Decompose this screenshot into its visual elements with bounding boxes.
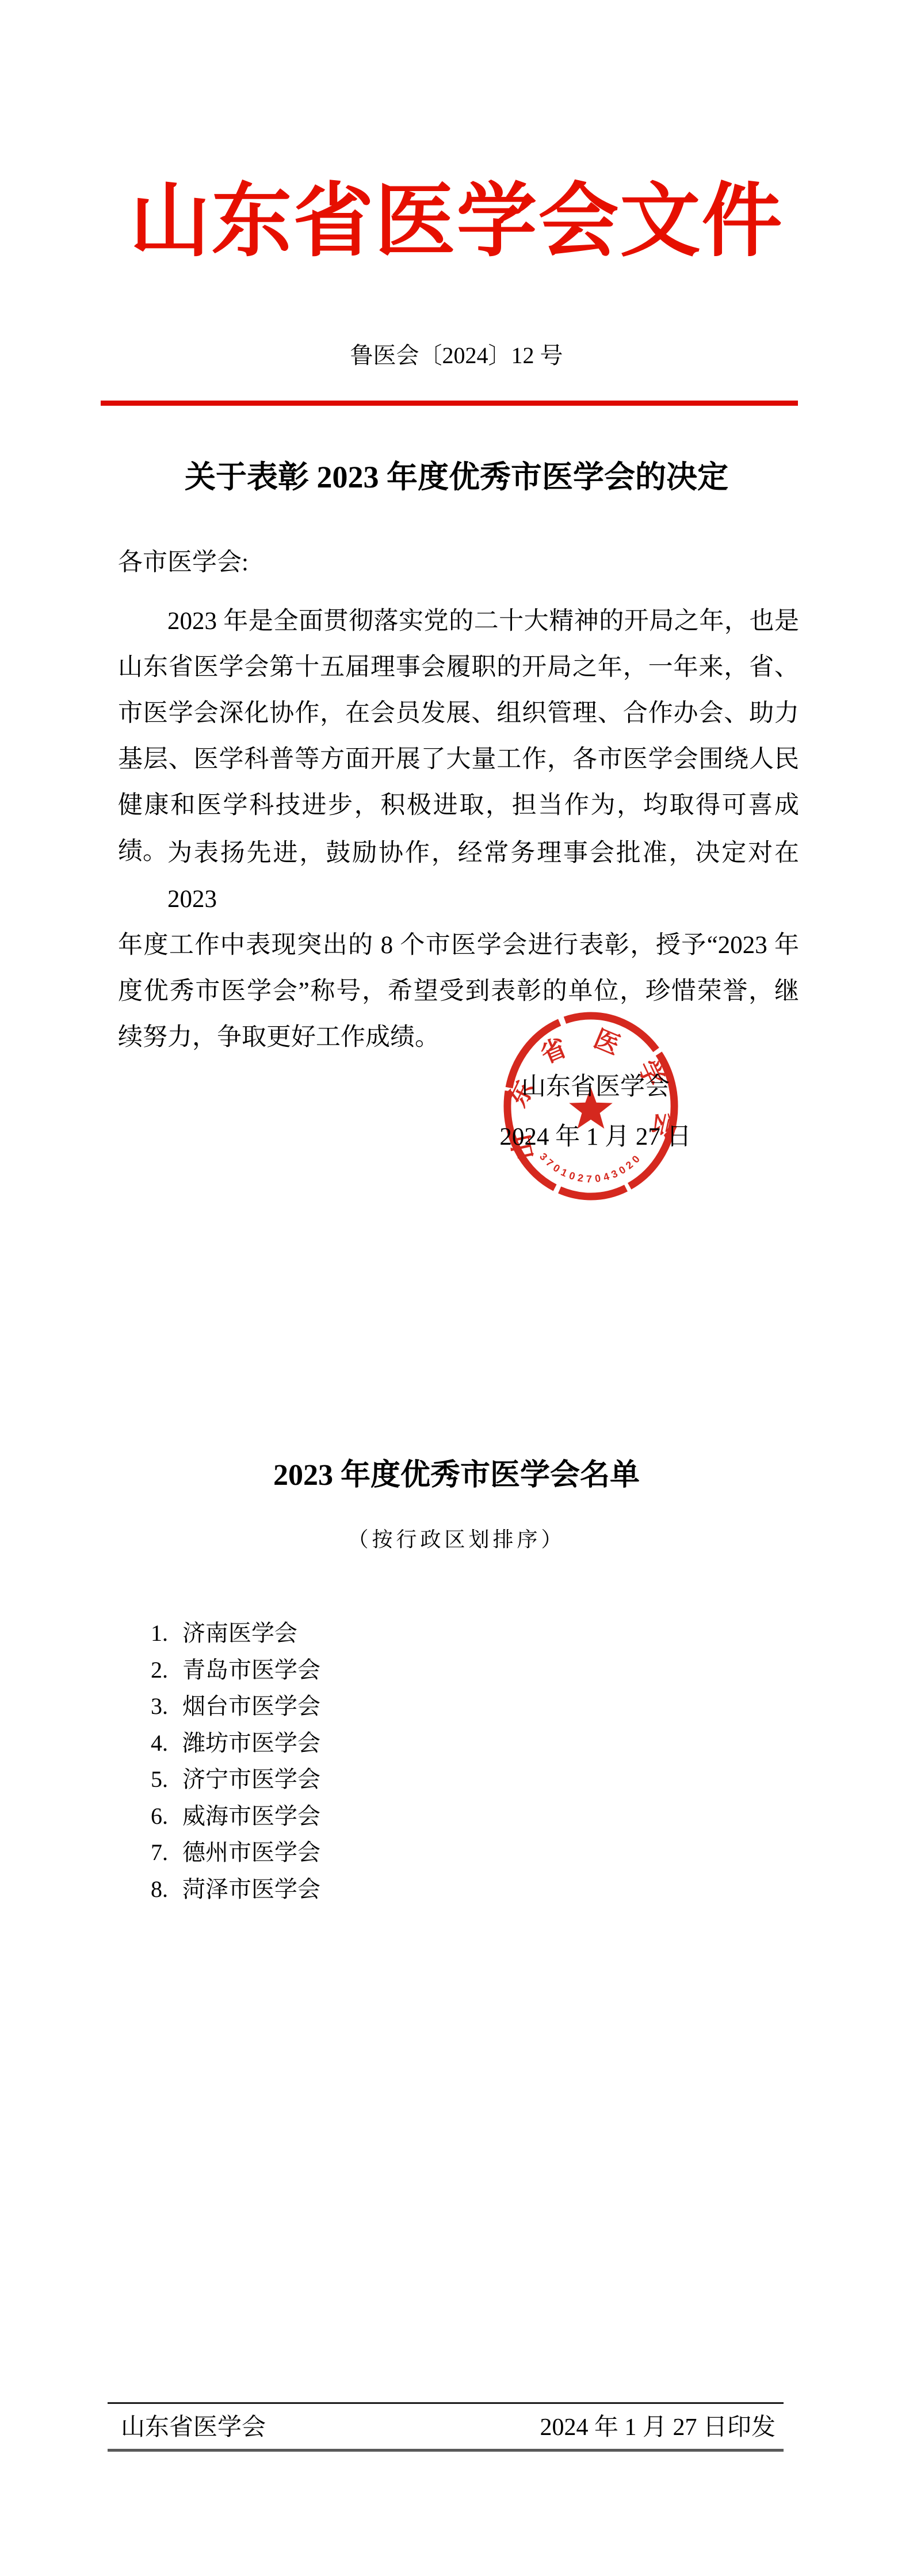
paragraph-2: 为表扬先进，鼓励协作，经常务理事会批准，决定对在 2023 年度工作中表现突出的… (118, 830, 799, 1061)
list-item-name: 威海市医学会 (182, 1803, 320, 1829)
roster-title: 2023 年度优秀市医学会名单 (0, 1457, 913, 1494)
roster-list: 1.济南医学会 2.青岛市医学会 3.烟台市医学会 4.潍坊市医学会 5.济宁市… (151, 1615, 668, 1907)
list-item-number: 8. (151, 1871, 182, 1908)
paragraph-2-line: 续努力，争取更好工作成绩。 (118, 1015, 799, 1061)
document-number: 鲁医会〔2024〕12 号 (0, 342, 913, 369)
list-item: 7.德州市医学会 (151, 1834, 668, 1871)
seal-code-text: 3701027043020 (537, 1150, 644, 1184)
list-item: 6.威海市医学会 (151, 1798, 668, 1835)
list-item: 5.济宁市医学会 (151, 1761, 668, 1798)
official-document-page: 山东省医学会文件 鲁医会〔2024〕12 号 关于表彰 2023 年度优秀市医学… (0, 0, 913, 2576)
paragraph-2-line: 为表扬先进，鼓励协作，经常务理事会批准，决定对在 2023 (118, 830, 799, 923)
footer-organization: 山东省医学会 (121, 2413, 266, 2442)
list-item-name: 济宁市医学会 (182, 1766, 320, 1792)
list-item: 1.济南医学会 (151, 1615, 668, 1652)
paragraph-2-line: 度优秀市医学会”称号，希望受到表彰的单位，珍惜荣誉，继 (118, 969, 799, 1015)
list-item-number: 5. (151, 1761, 182, 1798)
list-item-name: 德州市医学会 (182, 1839, 320, 1865)
footer-divider-bottom (108, 2449, 784, 2452)
footer-issue-date: 2024 年 1 月 27 日印发 (540, 2413, 776, 2442)
red-divider-rule (101, 401, 798, 406)
list-item-name: 烟台市医学会 (182, 1693, 320, 1719)
paragraph-1-line: 2023 年是全面贯彻落实党的二十大精神的开局之年，也是 (118, 599, 799, 645)
list-item-number: 7. (151, 1834, 182, 1871)
paragraph-1-line: 基层、医学科普等方面开展了大量工作，各市医学会围绕人民 (118, 737, 799, 783)
official-red-seal: 山东省医学会 3701027043020 (499, 1011, 682, 1202)
paragraph-2-line: 年度工作中表现突出的 8 个市医学会进行表彰，授予“2023 年 (118, 923, 799, 969)
list-item-name: 青岛市医学会 (182, 1657, 320, 1683)
list-item: 2.青岛市医学会 (151, 1652, 668, 1689)
list-item-name: 菏泽市医学会 (182, 1876, 320, 1902)
list-item: 8.菏泽市医学会 (151, 1871, 668, 1908)
list-item-name: 济南医学会 (182, 1620, 297, 1646)
signature-date: 2024 年 1 月 27 日 (498, 1123, 693, 1152)
document-title: 关于表彰 2023 年度优秀市医学会的决定 (0, 457, 913, 497)
list-item-number: 2. (151, 1652, 182, 1689)
roster-sort-note: （按行政区划排序） (0, 1526, 913, 1553)
list-item: 3.烟台市医学会 (151, 1688, 668, 1725)
list-item-number: 3. (151, 1688, 182, 1725)
footer-divider-top (108, 2402, 784, 2404)
list-item-number: 4. (151, 1725, 182, 1762)
salutation: 各市医学会: (118, 548, 799, 578)
letterhead-title: 山东省医学会文件 (0, 170, 913, 274)
list-item-name: 潍坊市医学会 (182, 1730, 320, 1756)
list-item-number: 6. (151, 1798, 182, 1835)
signature-organization: 山东省医学会 (518, 1073, 673, 1102)
footer: 山东省医学会 2024 年 1 月 27 日印发 (121, 2413, 776, 2442)
paragraph-1-line: 山东省医学会第十五届理事会履职的开局之年，一年来，省、 (118, 645, 799, 691)
list-item: 4.潍坊市医学会 (151, 1725, 668, 1762)
list-item-number: 1. (151, 1615, 182, 1652)
paragraph-1-line: 市医学会深化协作，在会员发展、组织管理、合作办会、助力 (118, 691, 799, 737)
